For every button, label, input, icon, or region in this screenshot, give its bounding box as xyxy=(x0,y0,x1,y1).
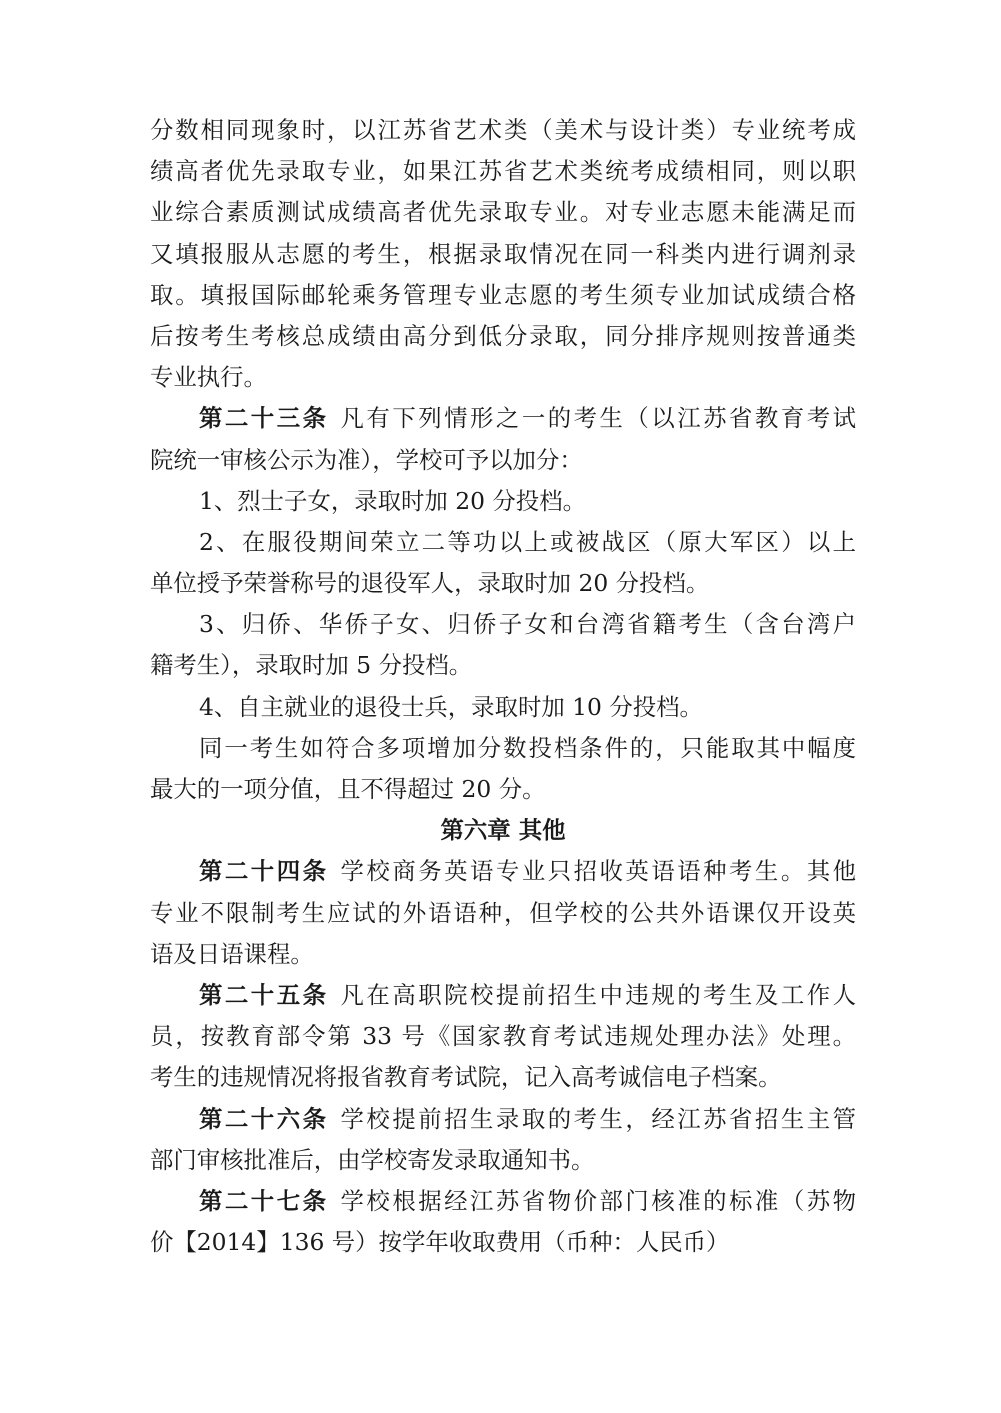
list-item-2: 2、在服役期间荣立二等功以上或被战区（原大军区）以上 xyxy=(150,522,856,563)
chapter-heading: 第六章 其他 xyxy=(150,810,856,851)
text-line: 专业不限制考生应试的外语语种，但学校的公共外语课仅开设英 xyxy=(150,893,856,934)
continuation-paragraph: 分数相同现象时，以江苏省艺术类（美术与设计类）专业统考成 绩高者优先录取专业，如… xyxy=(150,110,856,398)
article-text: 凡在高职院校提前招生中违规的考生及工作人 xyxy=(341,981,857,1009)
article-text: 学校根据经江苏省物价部门核准的标准（苏物 xyxy=(341,1187,857,1215)
article-text: 学校商务英语专业只招收英语语种考生。其他 xyxy=(341,857,857,885)
article-first-line: 第二十三条凡有下列情形之一的考生（以江苏省教育考试 xyxy=(150,398,856,439)
article-26: 第二十六条学校提前招生录取的考生，经江苏省招生主管 部门审核批准后，由学校寄发录… xyxy=(150,1099,856,1181)
document-page: 分数相同现象时，以江苏省艺术类（美术与设计类）专业统考成 绩高者优先录取专业，如… xyxy=(150,110,856,1263)
article-text: 学校提前招生录取的考生，经江苏省招生主管 xyxy=(341,1105,857,1133)
note-line: 同一考生如符合多项增加分数投档条件的，只能取其中幅度 xyxy=(150,728,856,769)
text-line: 员，按教育部令第 33 号《国家教育考试违规处理办法》处理。 xyxy=(150,1016,856,1057)
note-line-cont: 最大的一项分值，且不得超过 20 分。 xyxy=(150,769,856,810)
article-first-line: 第二十七条学校根据经江苏省物价部门核准的标准（苏物 xyxy=(150,1181,856,1222)
list-item-3-cont: 籍考生），录取时加 5 分投档。 xyxy=(150,645,856,686)
text-line: 院统一审核公示为准），学校可予以加分： xyxy=(150,440,856,481)
article-label: 第二十六条 xyxy=(199,1105,329,1133)
text-line: 后按考生考核总成绩由高分到低分录取，同分排序规则按普通类 xyxy=(150,316,856,357)
article-27: 第二十七条学校根据经江苏省物价部门核准的标准（苏物 价【2014】136 号）按… xyxy=(150,1181,856,1263)
text-line: 语及日语课程。 xyxy=(150,934,856,975)
article-24: 第二十四条学校商务英语专业只招收英语语种考生。其他 专业不限制考生应试的外语语种… xyxy=(150,851,856,975)
list-item-1: 1、烈士子女，录取时加 20 分投档。 xyxy=(150,481,856,522)
text-line: 又填报服从志愿的考生，根据录取情况在同一科类内进行调剂录 xyxy=(150,234,856,275)
article-25: 第二十五条凡在高职院校提前招生中违规的考生及工作人 员，按教育部令第 33 号《… xyxy=(150,975,856,1099)
article-first-line: 第二十六条学校提前招生录取的考生，经江苏省招生主管 xyxy=(150,1099,856,1140)
article-text: 凡有下列情形之一的考生（以江苏省教育考试 xyxy=(341,404,857,432)
article-label: 第二十五条 xyxy=(199,981,329,1009)
text-line: 价【2014】136 号）按学年收取费用（币种：人民币） xyxy=(150,1222,856,1263)
text-line: 业综合素质测试成绩高者优先录取专业。对专业志愿未能满足而 xyxy=(150,192,856,233)
article-first-line: 第二十四条学校商务英语专业只招收英语语种考生。其他 xyxy=(150,851,856,892)
text-line: 考生的违规情况将报省教育考试院，记入高考诚信电子档案。 xyxy=(150,1057,856,1098)
list-item-2-cont: 单位授予荣誉称号的退役军人，录取时加 20 分投档。 xyxy=(150,563,856,604)
text-line: 部门审核批准后，由学校寄发录取通知书。 xyxy=(150,1140,856,1181)
list-item-4: 4、自主就业的退役士兵，录取时加 10 分投档。 xyxy=(150,687,856,728)
article-label: 第二十三条 xyxy=(199,404,329,432)
text-line: 绩高者优先录取专业，如果江苏省艺术类统考成绩相同，则以职 xyxy=(150,151,856,192)
article-first-line: 第二十五条凡在高职院校提前招生中违规的考生及工作人 xyxy=(150,975,856,1016)
text-line: 取。填报国际邮轮乘务管理专业志愿的考生须专业加试成绩合格 xyxy=(150,275,856,316)
list-item-3: 3、归侨、华侨子女、归侨子女和台湾省籍考生（含台湾户 xyxy=(150,604,856,645)
article-23: 第二十三条凡有下列情形之一的考生（以江苏省教育考试 院统一审核公示为准），学校可… xyxy=(150,398,856,810)
article-label: 第二十七条 xyxy=(199,1187,329,1215)
article-label: 第二十四条 xyxy=(199,857,329,885)
text-line: 分数相同现象时，以江苏省艺术类（美术与设计类）专业统考成 xyxy=(150,110,856,151)
text-line: 专业执行。 xyxy=(150,357,856,398)
